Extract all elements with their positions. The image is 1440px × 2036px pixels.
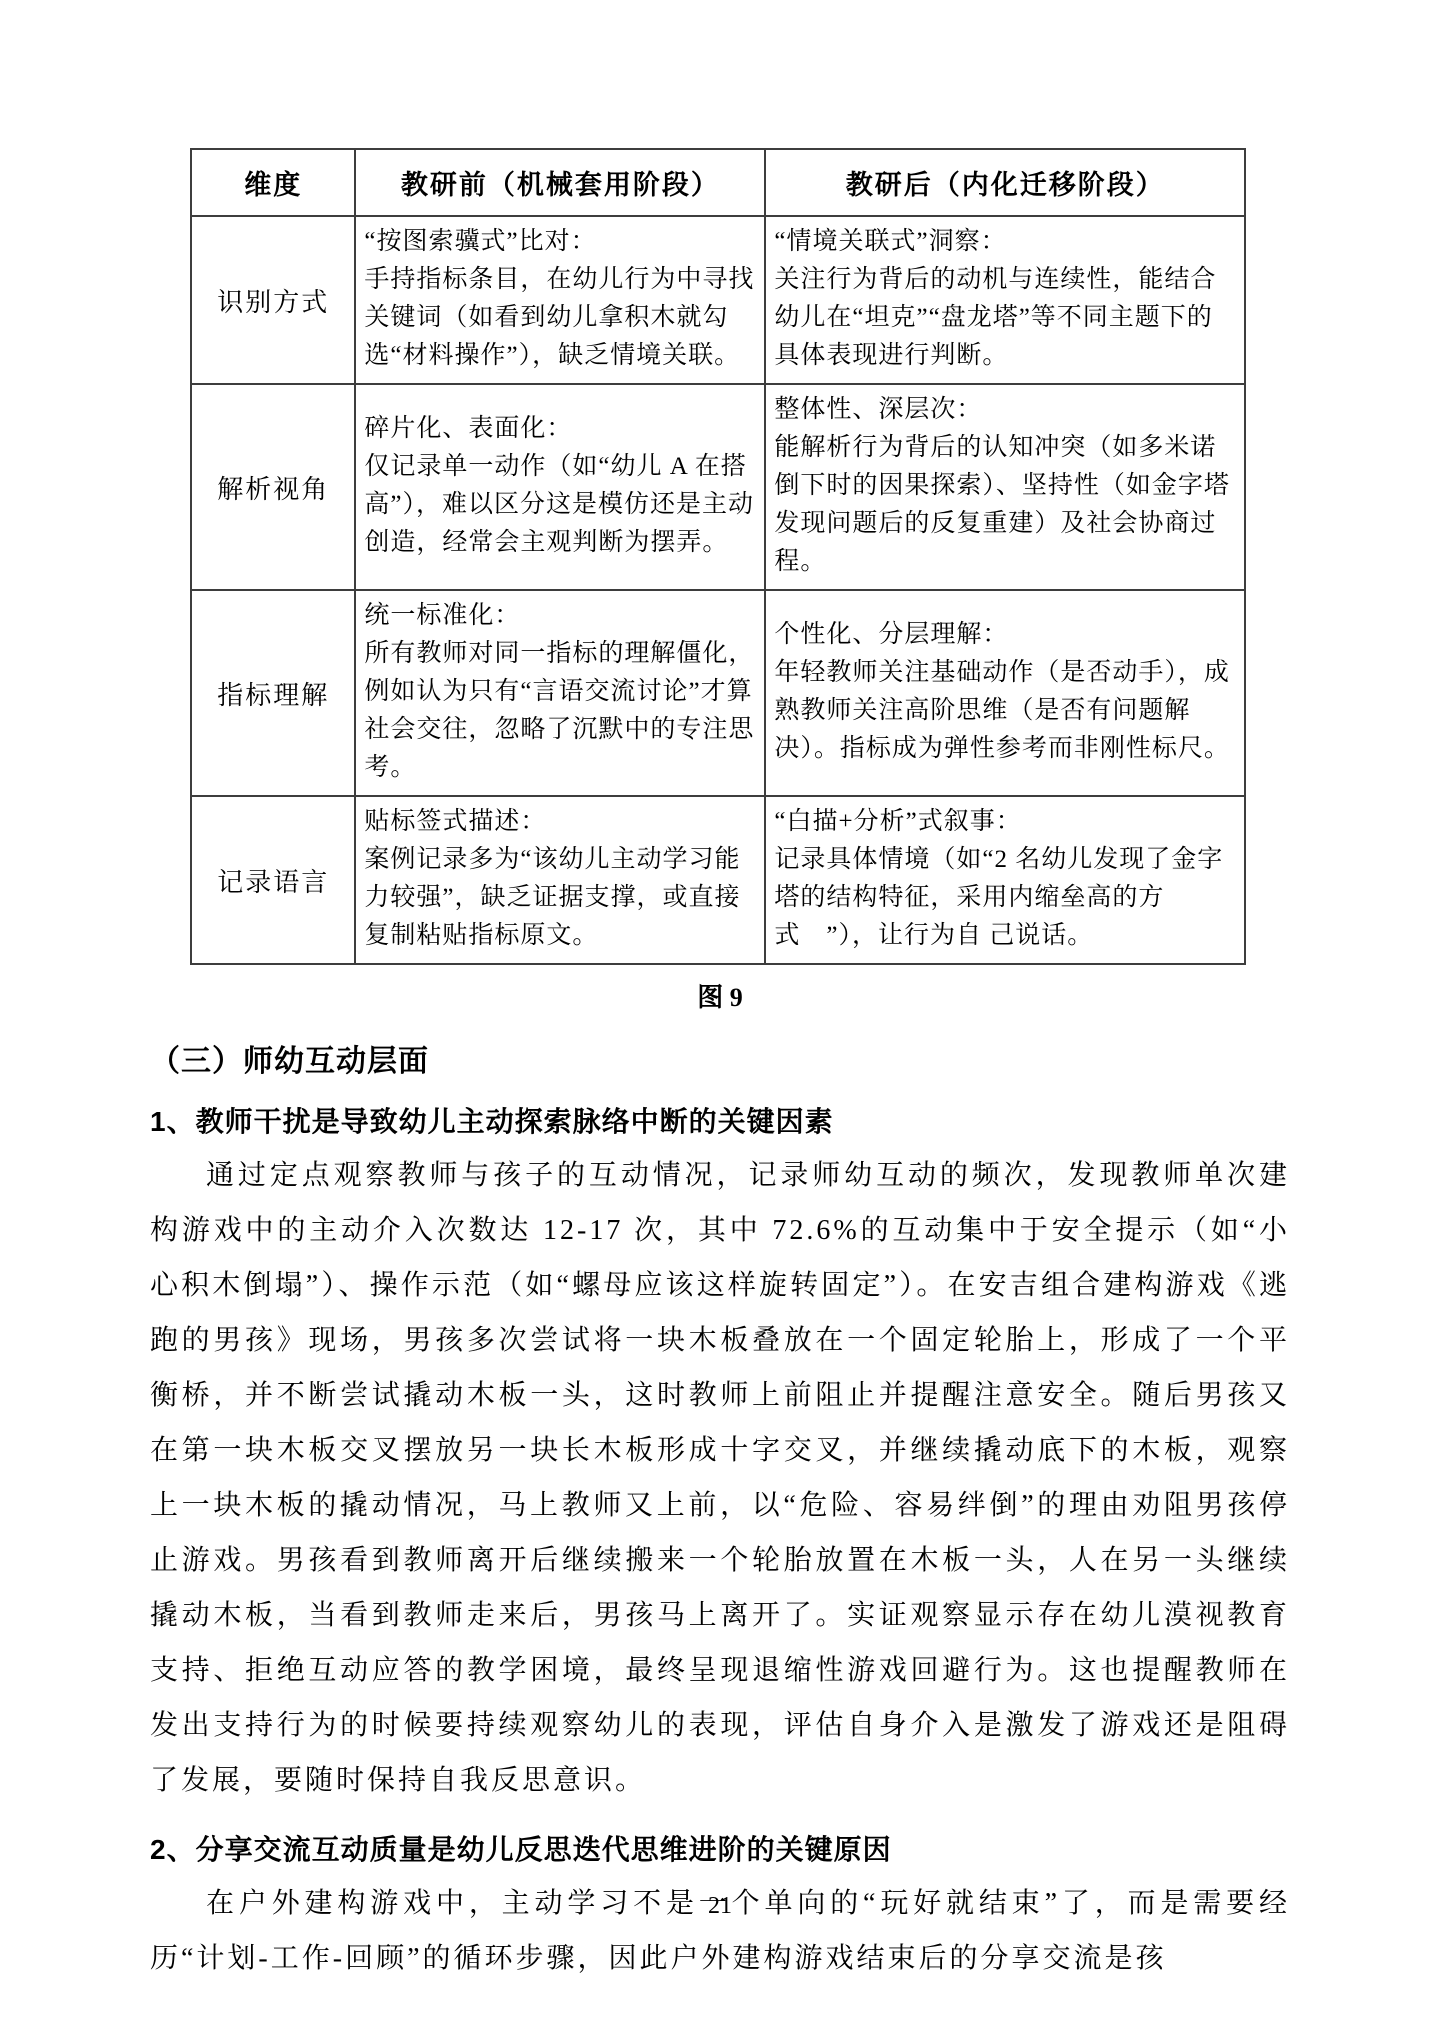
header-before-stage: 教研前（机械套用阶段）: [355, 149, 765, 216]
page-number: 21: [0, 1893, 1440, 1920]
row-before-cell: “按图索骥式”比对： 手持指标条目，在幼儿行为中寻找关键词（如看到幼儿拿积木就勾…: [355, 216, 765, 384]
figure-caption: 图 9: [150, 977, 1290, 1014]
row-after-cell: “白描+分析”式叙事： 记录具体情境（如“2 名幼儿发现了金字塔的结构特征，采用…: [765, 796, 1245, 964]
row-dimension-label: 识别方式: [191, 216, 355, 384]
row-after-cell: 整体性、深层次： 能解析行为背后的认知冲突（如多米诺倒下时的因果探索）、坚持性（…: [765, 384, 1245, 590]
header-after-stage: 教研后（内化迁移阶段）: [765, 149, 1245, 216]
table-row-recognition: 识别方式 “按图索骥式”比对： 手持指标条目，在幼儿行为中寻找关键词（如看到幼儿…: [191, 216, 1245, 384]
row-dimension-label: 解析视角: [191, 384, 355, 590]
row-before-cell: 碎片化、表面化： 仅记录单一动作（如“幼儿 A 在搭高”），难以区分这是模仿还是…: [355, 384, 765, 590]
row-dimension-label: 记录语言: [191, 796, 355, 964]
body-content: （三）师幼互动层面 1、教师干扰是导致幼儿主动探索脉络中断的关键因素 通过定点观…: [150, 1036, 1290, 1986]
row-dimension-label: 指标理解: [191, 590, 355, 796]
table-header-row: 维度 教研前（机械套用阶段） 教研后（内化迁移阶段）: [191, 149, 1245, 216]
subsection-1-heading: 1、教师干扰是导致幼儿主动探索脉络中断的关键因素: [150, 1100, 1290, 1140]
table-row-indicator: 指标理解 统一标准化： 所有教师对同一指标的理解僵化，例如认为只有“言语交流讨论…: [191, 590, 1245, 796]
header-dimension: 维度: [191, 149, 355, 216]
row-after-cell: 个性化、分层理解： 年轻教师关注基础动作（是否动手），成熟教师关注高阶思维（是否…: [765, 590, 1245, 796]
row-before-cell: 贴标签式描述： 案例记录多为“该幼儿主动学习能力较强”，缺乏证据支撑，或直接复制…: [355, 796, 765, 964]
table-row-recording: 记录语言 贴标签式描述： 案例记录多为“该幼儿主动学习能力较强”，缺乏证据支撑，…: [191, 796, 1245, 964]
comparison-table: 维度 教研前（机械套用阶段） 教研后（内化迁移阶段） 识别方式 “按图索骥式”比…: [190, 148, 1246, 965]
row-before-cell: 统一标准化： 所有教师对同一指标的理解僵化，例如认为只有“言语交流讨论”才算社会…: [355, 590, 765, 796]
document-page: 维度 教研前（机械套用阶段） 教研后（内化迁移阶段） 识别方式 “按图索骥式”比…: [0, 0, 1440, 2036]
subsection-2-heading: 2、分享交流互动质量是幼儿反思迭代思维进阶的关键原因: [150, 1828, 1290, 1868]
table-row-analysis: 解析视角 碎片化、表面化： 仅记录单一动作（如“幼儿 A 在搭高”），难以区分这…: [191, 384, 1245, 590]
paragraph-1: 通过定点观察教师与孩子的互动情况，记录师幼互动的频次，发现教师单次建构游戏中的主…: [150, 1148, 1290, 1808]
row-after-cell: “情境关联式”洞察： 关注行为背后的动机与连续性，能结合幼儿在“坦克”“盘龙塔”…: [765, 216, 1245, 384]
section-heading: （三）师幼互动层面: [150, 1036, 1290, 1080]
